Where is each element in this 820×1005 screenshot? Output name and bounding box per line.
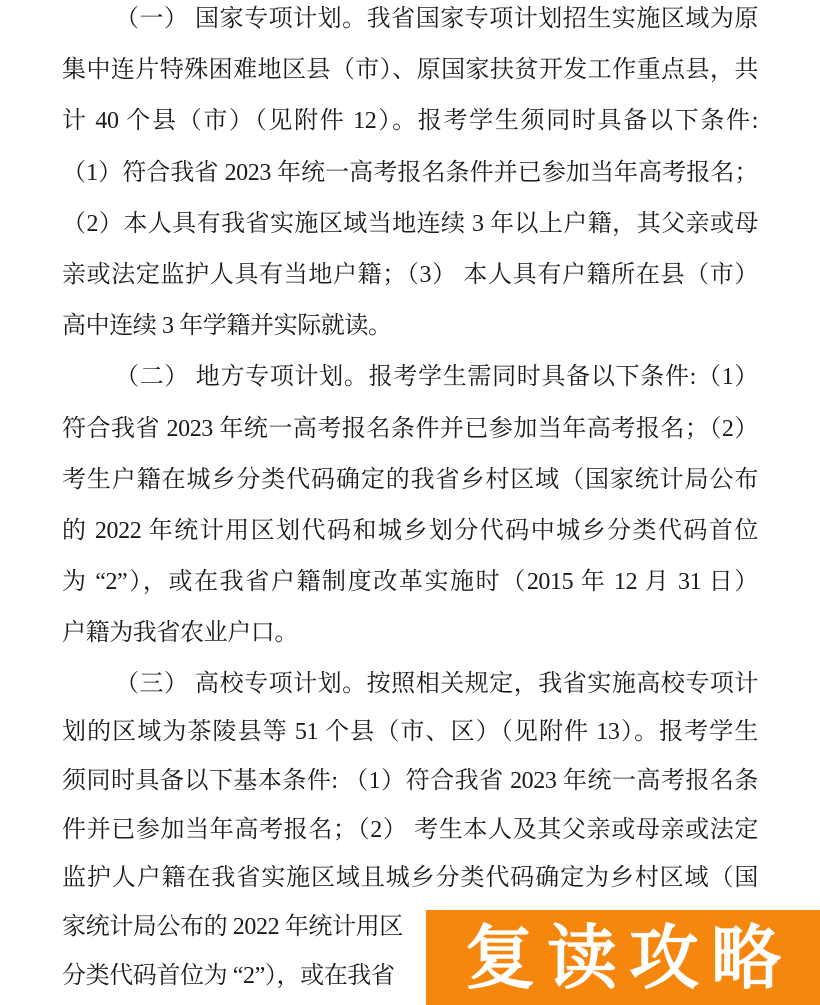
text-line: 集中连片特殊困难地区县（市）、原国家扶贫开发工作重点县，共	[62, 45, 758, 96]
text-line: （2）本人具有我省实施区域当地连续 3 年以上户籍，其父亲或母	[62, 199, 758, 250]
text-line: 划的区域为茶陵县等 51 个县（市、区）（见附件 13）。报考学生	[62, 708, 758, 757]
text-line: 户籍为我省农业户口。	[62, 608, 758, 659]
text-line: （1）符合我省 2023 年统一高考报名条件并已参加当年高考报名；	[62, 148, 758, 199]
text-line: （一） 国家专项计划。我省国家专项计划招生实施区域为原	[62, 0, 758, 45]
text-line: （二） 地方专项计划。报考学生需同时具备以下条件:（1）	[62, 352, 758, 403]
text-line: 亲或法定监护人具有当地户籍；（3） 本人具有户籍所在县（市）	[62, 250, 758, 301]
document-page: （一） 国家专项计划。我省国家专项计划招生实施区域为原 集中连片特殊困难地区县（…	[0, 0, 820, 1005]
text-line: 考生户籍在城乡分类代码确定的我省乡村区域（国家统计局公布	[62, 455, 758, 506]
promo-banner-label: 复读攻略	[465, 923, 793, 993]
text-line: 监护人户籍在我省实施区域且城乡分类代码确定为乡村区域（国	[62, 854, 758, 903]
text-line: （三） 高校专项计划。按照相关规定，我省实施高校专项计	[62, 660, 758, 709]
paragraph-local-special-plan: （二） 地方专项计划。报考学生需同时具备以下条件:（1） 符合我省 2023 年…	[62, 352, 758, 659]
text-line: 高中连续 3 年学籍并实际就读。	[62, 301, 758, 352]
text-line: 件并已参加当年高考报名；（2） 考生本人及其父亲或母亲或法定	[62, 806, 758, 855]
document-text: （一） 国家专项计划。我省国家专项计划招生实施区域为原 集中连片特殊困难地区县（…	[62, 0, 758, 1001]
text-line: 计 40 个县（市）（见附件 12）。报考学生须同时具备以下条件:	[62, 96, 758, 147]
paragraph-national-special-plan: （一） 国家专项计划。我省国家专项计划招生实施区域为原 集中连片特殊困难地区县（…	[62, 0, 758, 352]
text-line: 的 2022 年统计用区划代码和城乡划分代码中城乡分类代码首位	[62, 506, 758, 557]
text-line: 为 “2”），或在我省户籍制度改革实施时（2015 年 12 月 31 日）	[62, 557, 758, 608]
promo-banner: 复读攻略	[426, 910, 820, 1005]
text-line: 符合我省 2023 年统一高考报名条件并已参加当年高考报名；（2）	[62, 404, 758, 455]
text-line: 须同时具备以下基本条件: （1）符合我省 2023 年统一高考报名条	[62, 757, 758, 806]
